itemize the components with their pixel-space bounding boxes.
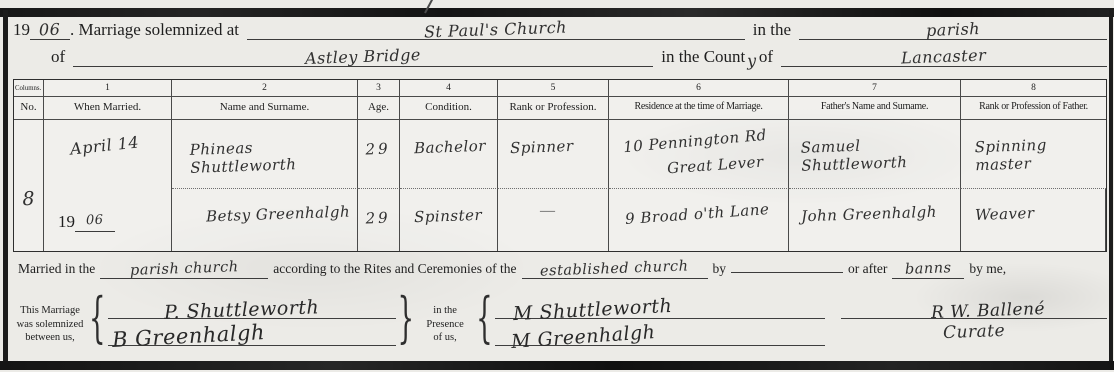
solemnized-between-label: This Marriage was solemnized between us, [13,292,87,345]
col-header-father-rank: Rank or Profession of Father. [961,97,1106,120]
groom-name: Phineas Shuttleworth [189,135,357,177]
col-num-8: 8 [961,80,1106,97]
by-blank [731,271,843,273]
officiant-signature-area: R W. Ballené Curate [841,292,1107,342]
bottom-border-band [0,361,1114,370]
label-line: of us, [416,331,474,345]
groom-age: 29 [365,140,392,189]
year-prefix: 19 [13,20,30,40]
bride-father-cell: John Greenhalgh [789,189,961,251]
col-header-residence: Residence at the time of Marriage. [609,97,789,120]
col-header-name-surname: Name and Surname. [172,97,358,120]
col-num-6: 6 [609,80,789,97]
bride-name-cell: Betsy Greenhalgh [172,189,358,251]
bride-father-name: John Greenhalgh [801,203,937,226]
district-type-blank: parish [799,21,1107,40]
year-printed: 19 [58,212,75,231]
groom-father-name: Samuel Shuttleworth [800,133,960,175]
groom-father-rank-cell: Spinning master [961,120,1106,189]
col-num-3: 3 [358,80,400,97]
marriage-certificate-scan: 19 06 . Marriage solemnized at St Paul's… [0,0,1114,372]
header-line-2: of Astley Bridge in the Count y of Lanca… [13,47,1107,74]
col-num-5: 5 [498,80,609,97]
col-header-age: Age. [358,97,400,120]
bride-father-rank-cell: Weaver [961,189,1106,251]
bride-father-rank: Weaver [975,204,1035,224]
col-header-father-name: Father's Name and Surname. [789,97,961,120]
bride-name: Betsy Greenhalgh [206,202,351,225]
or-after-label: or after [848,261,887,277]
entry-no-cell: 8 [14,120,44,251]
certificate-content: 19 06 . Marriage solemnized at St Paul's… [13,20,1107,346]
col-header-rank: Rank or Profession. [498,97,609,120]
marriage-date: April 14 [69,132,140,158]
groom-residence-line1: 10 Pennington Rd [622,126,767,156]
witness2-signature: M Greenhalgh [510,321,656,353]
in-the-label: in the [753,20,791,40]
groom-condition-cell: Bachelor [400,120,498,189]
church-name: St Paul's Church [424,20,567,41]
couple-signatures: P. Shuttleworth B Greenhalgh [108,292,396,346]
groom-rank-cell: Spinner [498,120,609,189]
label-line: was solemnized [13,318,87,332]
banns-blank: banns [892,262,964,279]
officiant-title: Curate [942,321,1005,343]
groom-residence-cell: 10 Pennington Rd Great Lever [609,120,789,189]
signature-block: This Marriage was solemnized between us,… [13,292,1107,346]
left-border-rule [3,10,8,368]
witness2-signature-line: M Greenhalgh [495,319,825,346]
of-label: of [51,47,65,67]
county-blank: Lancaster [781,48,1107,67]
close-brace-couple: } [396,271,417,351]
officiant-signature: R W. Ballené [930,299,1045,323]
year-handwritten: 06 [39,22,61,39]
bride-condition: Spinster [414,206,483,226]
year-blank: 06 [30,21,70,40]
district-type: parish [926,21,981,39]
col-header-when-married: When Married. [44,97,172,120]
by-label: by [713,261,727,277]
label-line: between us, [13,331,87,345]
col-num-1: 1 [44,80,172,97]
when-married-cell: April 14 1906 [44,120,172,251]
label-line: Presence [416,318,474,332]
register-table: Columns. 1 2 3 4 5 6 7 8 No. When Marrie… [13,79,1107,252]
witness1-signature-line: M Shuttleworth [495,292,825,319]
bride-residence-cell: 9 Broad o'th Lane [609,189,789,251]
groom-signature-line: P. Shuttleworth [108,292,396,319]
groom-father-cell: Samuel Shuttleworth [789,120,961,189]
col-header-no: No. [14,97,44,120]
declaration-line: Married in the parish church according t… [13,261,1107,288]
by-me-label: by me, [969,261,1006,277]
columns-header: Columns. [14,80,44,97]
place-blank: St Paul's Church [247,21,745,40]
district-name: Astley Bridge [305,47,421,67]
bride-rank-dash: — [540,203,555,220]
bride-signature: B Greenhalgh [111,320,265,352]
county-label: in the Count [661,47,745,67]
entry-year-handwritten: 06 [86,214,104,228]
married-in-label: Married in the [18,261,95,277]
bride-age-cell: 29 [358,189,400,251]
col-num-7: 7 [789,80,961,97]
col-num-4: 4 [400,80,498,97]
col-num-2: 2 [172,80,358,97]
county-y-handwritten: y [747,51,757,70]
open-brace-witnesses: { [474,271,495,351]
label-line: This Marriage [13,304,87,318]
county-name: Lancaster [901,48,987,67]
bride-age: 29 [365,209,392,252]
officiant-title-line: Curate [841,322,1107,342]
entry-no: 8 [21,161,35,209]
open-brace-couple: { [87,271,108,351]
header-line-1: 19 06 . Marriage solemnized at St Paul's… [13,20,1107,47]
witness-signatures: M Shuttleworth M Greenhalgh [495,292,825,346]
banns-value: banns [905,261,952,277]
married-in-blank: parish church [100,262,268,279]
presence-label: in the Presence of us, [416,292,474,345]
groom-condition: Bachelor [414,137,486,157]
bride-residence: 9 Broad o'th Lane [625,200,770,228]
groom-age-cell: 29 [358,120,400,189]
county-of-label: of [759,47,773,67]
label-line: in the [416,304,474,318]
bride-rank-cell: — [498,189,609,251]
rites-value: established church [540,259,689,279]
bride-signature-line: B Greenhalgh [108,319,396,346]
district-blank: Astley Bridge [73,48,653,67]
top-border-band [0,8,1114,17]
rites-blank: established church [522,262,708,279]
married-in-value: parish church [130,260,239,278]
groom-father-rank: Spinning master [974,134,1106,175]
officiant-signature-line: R W. Ballené [841,292,1107,319]
entry-year-blank: 06 [75,213,115,232]
bride-condition-cell: Spinster [400,189,498,251]
groom-residence-line2: Great Lever [666,153,764,178]
marriage-year: 1906 [58,212,115,232]
solemnized-label: . Marriage solemnized at [70,20,239,40]
col-header-condition: Condition. [400,97,498,120]
groom-name-cell: Phineas Shuttleworth [172,120,358,189]
groom-rank: Spinner [510,137,574,157]
right-border-rule [1109,10,1113,368]
